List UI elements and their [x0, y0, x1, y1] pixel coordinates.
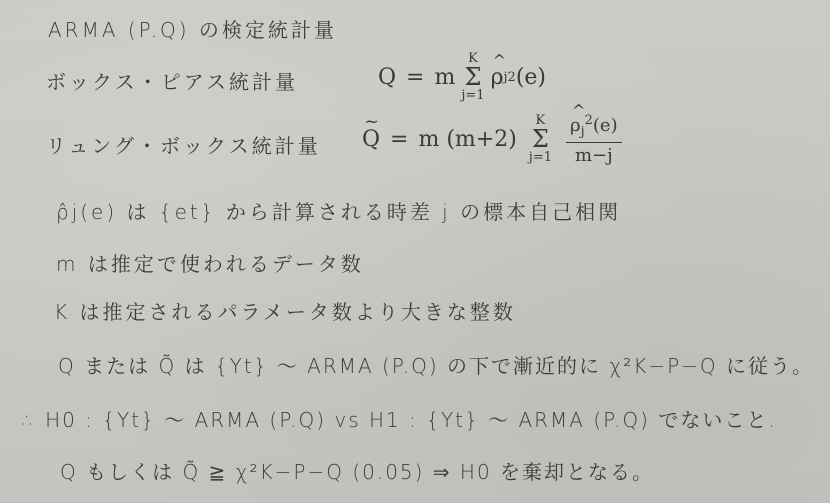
box-pierce-label: ボックス・ピアス統計量 [46, 66, 298, 95]
lb-equals: = [390, 127, 408, 152]
k-definition: K は推定されるパラメータ数より大きな整数 [54, 296, 516, 325]
box-pierce-formula: Q = m K Σ j=1 ρj2 (e) [378, 52, 546, 102]
bp-sum-lower: j=1 [461, 89, 484, 102]
lb-summation: K Σ j=1 [529, 114, 552, 164]
sigma-icon: Σ [532, 127, 549, 151]
bp-rho: ρ [491, 65, 504, 90]
bp-lhs: Q [378, 65, 396, 90]
rho-definition: ρ̂j(e) は {et} から計算される時差 j の標本自己相関 [56, 196, 621, 225]
lb-q: Q [362, 127, 380, 152]
m-definition: m は推定で使われるデータ数 [56, 248, 364, 277]
hypothesis-statement: ∴ H0 : {Yt} ～ ARMA (P.Q) vs H1 : {Yt} ～ … [22, 404, 777, 433]
lb-rho-sup: 2 [585, 113, 593, 128]
lb-numerator: ρj2(e) [566, 113, 622, 143]
lb-rho-hat: ρ [570, 115, 581, 136]
lb-denominator: m−j [575, 143, 613, 166]
bp-coef: m [434, 65, 455, 90]
lb-rho-arg: (e) [593, 115, 618, 136]
notes-title: ARMA (P.Q) の検定統計量 [48, 14, 337, 43]
lb-fraction: ρj2(e) m−j [566, 113, 622, 166]
lb-sum-lower: j=1 [529, 151, 552, 164]
lb-rho: ρ [570, 115, 581, 136]
bp-rho-hat: ρ [491, 65, 504, 90]
lb-coef: m (m+2) [418, 127, 516, 152]
rejection-rule: Q もしくは Q̃ ≧ χ²K−P−Q (0.05) ⇒ H0 を棄却となる。 [60, 456, 654, 485]
ljung-box-formula: Q = m (m+2) K Σ j=1 ρj2(e) m−j [362, 113, 622, 166]
bp-rho-arg: (e) [516, 65, 546, 90]
ljung-box-label: リュング・ボックス統計量 [46, 130, 321, 159]
bp-summation: K Σ j=1 [461, 52, 484, 102]
lb-lhs: Q [362, 127, 380, 152]
bp-equals: = [406, 65, 424, 90]
notebook-page: ARMA (P.Q) の検定統計量 ボックス・ピアス統計量 Q = m K Σ … [0, 0, 830, 503]
asymptotic-distribution: Q または Q̃ は {Yt} ～ ARMA (P.Q) の下で漸近的に χ²K… [58, 350, 814, 379]
sigma-icon: Σ [464, 65, 481, 89]
bp-rho-sup: 2 [508, 70, 516, 85]
